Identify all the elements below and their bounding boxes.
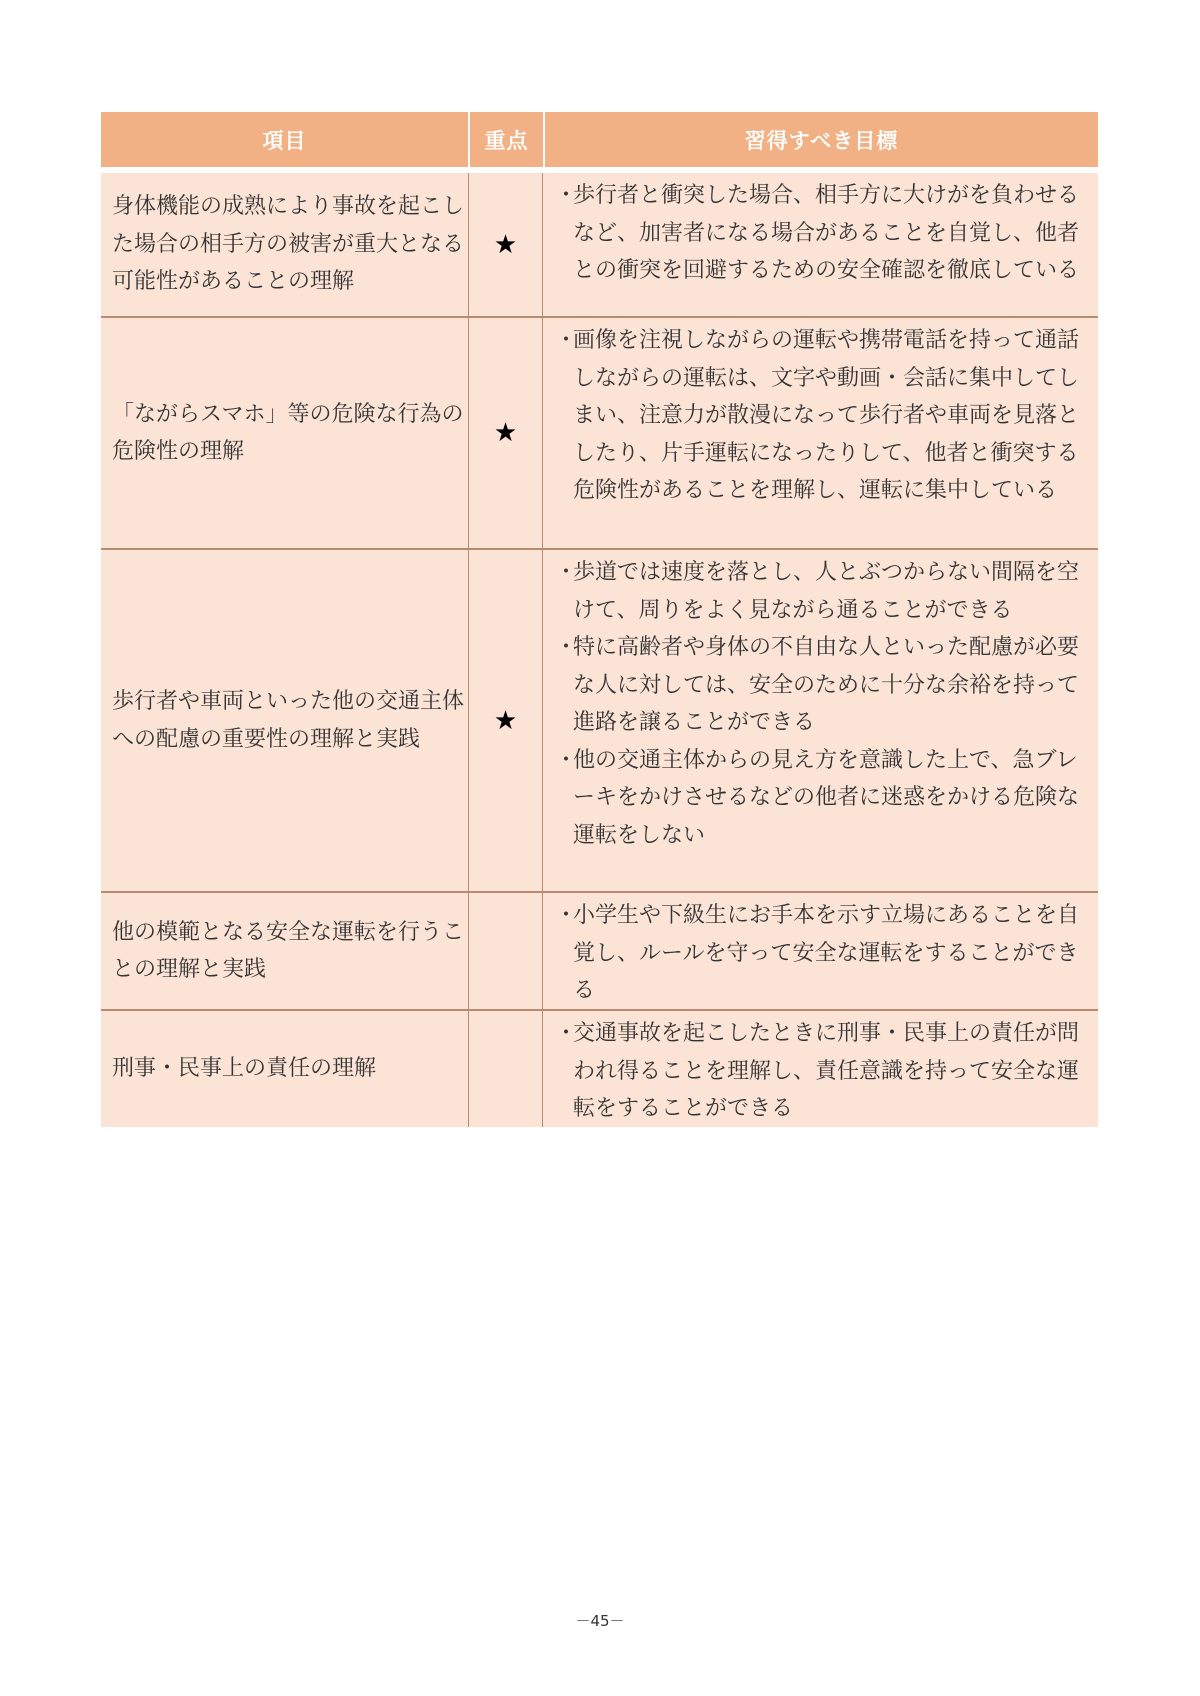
bullet-mark: ・	[555, 742, 573, 855]
priority-star-icon: ★	[469, 550, 543, 891]
bullet-mark: ・	[555, 177, 573, 290]
goal-item: ・ 交通事故を起こしたときに刑事・民事上の責任が問われ得ることを理解し、責任意識…	[555, 1015, 1092, 1128]
item-cell: 「ながらスマホ」等の危険な行為の危険性の理解	[101, 318, 469, 548]
priority-star-icon: ★	[469, 318, 543, 548]
priority-cell	[469, 1011, 543, 1127]
priority-star-icon: ★	[469, 173, 543, 316]
bullet-mark: ・	[555, 629, 573, 742]
bullet-mark: ・	[555, 322, 573, 510]
table-row: 「ながらスマホ」等の危険な行為の危険性の理解 ★ ・ 画像を注視しながらの運転や…	[101, 318, 1098, 550]
header-item: 項目	[101, 112, 470, 167]
header-priority: 重点	[470, 112, 545, 167]
goal-item: ・ 画像を注視しながらの運転や携帯電話を持って通話しながらの運転は、文字や動画・…	[555, 322, 1092, 510]
table-row: 歩行者や車両といった他の交通主体への配慮の重要性の理解と実践 ★ ・ 歩道では速…	[101, 550, 1098, 893]
goal-item: ・ 小学生や下級生にお手本を示す立場にあることを自覚し、ルールを守って安全な運転…	[555, 897, 1092, 1010]
item-cell: 他の模範となる安全な運転を行うことの理解と実践	[101, 893, 469, 1009]
goal-item: ・ 歩道では速度を落とし、人とぶつからない間隔を空けて、周りをよく見ながら通るこ…	[555, 554, 1092, 629]
goals-cell: ・ 小学生や下級生にお手本を示す立場にあることを自覚し、ルールを守って安全な運転…	[543, 893, 1098, 1009]
item-cell: 身体機能の成熟により事故を起こした場合の相手方の被害が重大となる可能性があること…	[101, 173, 469, 316]
bullet-mark: ・	[555, 1015, 573, 1128]
table-header: 項目 重点 習得すべき目標	[101, 112, 1098, 167]
header-goals: 習得すべき目標	[545, 112, 1098, 167]
table-row: 身体機能の成熟により事故を起こした場合の相手方の被害が重大となる可能性があること…	[101, 173, 1098, 318]
item-cell: 歩行者や車両といった他の交通主体への配慮の重要性の理解と実践	[101, 550, 469, 891]
goal-item: ・ 特に高齢者や身体の不自由な人といった配慮が必要な人に対しては、安全のために十…	[555, 629, 1092, 742]
goal-item: ・ 他の交通主体からの見え方を意識した上で、急ブレーキをかけさせるなどの他者に迷…	[555, 742, 1092, 855]
item-cell: 刑事・民事上の責任の理解	[101, 1011, 469, 1127]
bullet-mark: ・	[555, 554, 573, 629]
table-row: 他の模範となる安全な運転を行うことの理解と実践 ・ 小学生や下級生にお手本を示す…	[101, 893, 1098, 1011]
page-number: －45－	[0, 1610, 1200, 1631]
goals-table: 項目 重点 習得すべき目標 身体機能の成熟により事故を起こした場合の相手方の被害…	[101, 112, 1098, 1127]
goal-item: ・ 歩行者と衝突した場合、相手方に大けがを負わせるなど、加害者になる場合があるこ…	[555, 177, 1092, 290]
goals-cell: ・ 画像を注視しながらの運転や携帯電話を持って通話しながらの運転は、文字や動画・…	[543, 318, 1098, 548]
table-row: 刑事・民事上の責任の理解 ・ 交通事故を起こしたときに刑事・民事上の責任が問われ…	[101, 1011, 1098, 1127]
goals-cell: ・ 交通事故を起こしたときに刑事・民事上の責任が問われ得ることを理解し、責任意識…	[543, 1011, 1098, 1127]
bullet-mark: ・	[555, 897, 573, 1010]
priority-cell	[469, 893, 543, 1009]
goals-cell: ・ 歩道では速度を落とし、人とぶつからない間隔を空けて、周りをよく見ながら通るこ…	[543, 550, 1098, 891]
goals-cell: ・ 歩行者と衝突した場合、相手方に大けがを負わせるなど、加害者になる場合があるこ…	[543, 173, 1098, 316]
